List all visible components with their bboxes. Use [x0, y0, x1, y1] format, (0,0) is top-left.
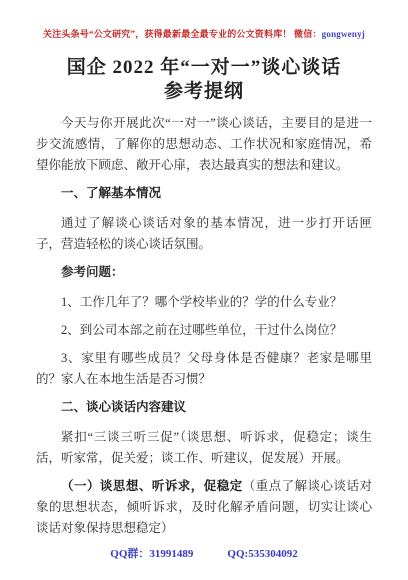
wechat-label: 微信：: [292, 29, 322, 39]
qq-group-number: 31991489: [149, 548, 193, 560]
contact-footer: QQ群：31991489QQ:535304092: [0, 545, 408, 561]
reference-questions-label: 参考问题：: [36, 262, 372, 283]
document-body: 今天与你开展此次“一对一”谈心谈话，主要目的是进一步交流感情，了解你的思想动态、…: [36, 113, 372, 539]
document-title-line2: 参考提纲: [0, 80, 408, 104]
section-2-heading: 二、谈心谈话内容建议: [36, 397, 372, 418]
promo-banner: 关注头条号“公文研究”，获得最新最全最专业的公文资料库！ 微信：gongweny…: [0, 27, 408, 40]
section-2-paragraph: 紧扣“三谈三听三促”（谈思想、听诉求，促稳定；谈生活，听家常，促关爱；谈工作、听…: [36, 427, 372, 469]
wechat-id: gongwenyj: [322, 29, 365, 39]
qq-label: QQ:: [227, 548, 248, 560]
qq-group-label: QQ群：: [110, 548, 149, 560]
subsection-1-paragraph: （一）谈思想、听诉求，促稳定（重点了解谈心谈话对象的思想状态，倾听诉求，及时化解…: [36, 476, 372, 539]
section-1-paragraph: 通过了解谈心谈话对象的基本情况，进一步打开话匣子，营造轻松的谈心谈话氛围。: [36, 213, 372, 255]
question-item-2: 2、到公司本部之前在过哪些单位，干过什么岗位？: [36, 320, 372, 341]
question-item-1: 1、工作几年了？哪个学校毕业的？学的什么专业？: [36, 292, 372, 313]
qq-number: 535304092: [248, 548, 298, 560]
document-title-line1: 国企 2022 年“一对一”谈心谈话: [0, 56, 408, 80]
subsection-1-lead: （一）谈思想、听诉求，促稳定: [61, 479, 243, 493]
document-title: 国企 2022 年“一对一”谈心谈话 参考提纲: [0, 56, 408, 104]
intro-paragraph: 今天与你开展此次“一对一”谈心谈话，主要目的是进一步交流感情，了解你的思想动态、…: [36, 113, 372, 176]
section-1-heading: 一、了解基本情况: [36, 183, 372, 204]
promo-banner-text: 关注头条号“公文研究”，获得最新最全最专业的公文资料库！: [43, 29, 292, 39]
document-page: 关注头条号“公文研究”，获得最新最全最专业的公文资料库！ 微信：gongweny…: [0, 0, 408, 580]
question-item-3: 3、家里有哪些成员？父母身体是否健康？老家是哪里的？家人在本地生活是否习惯？: [36, 348, 372, 390]
